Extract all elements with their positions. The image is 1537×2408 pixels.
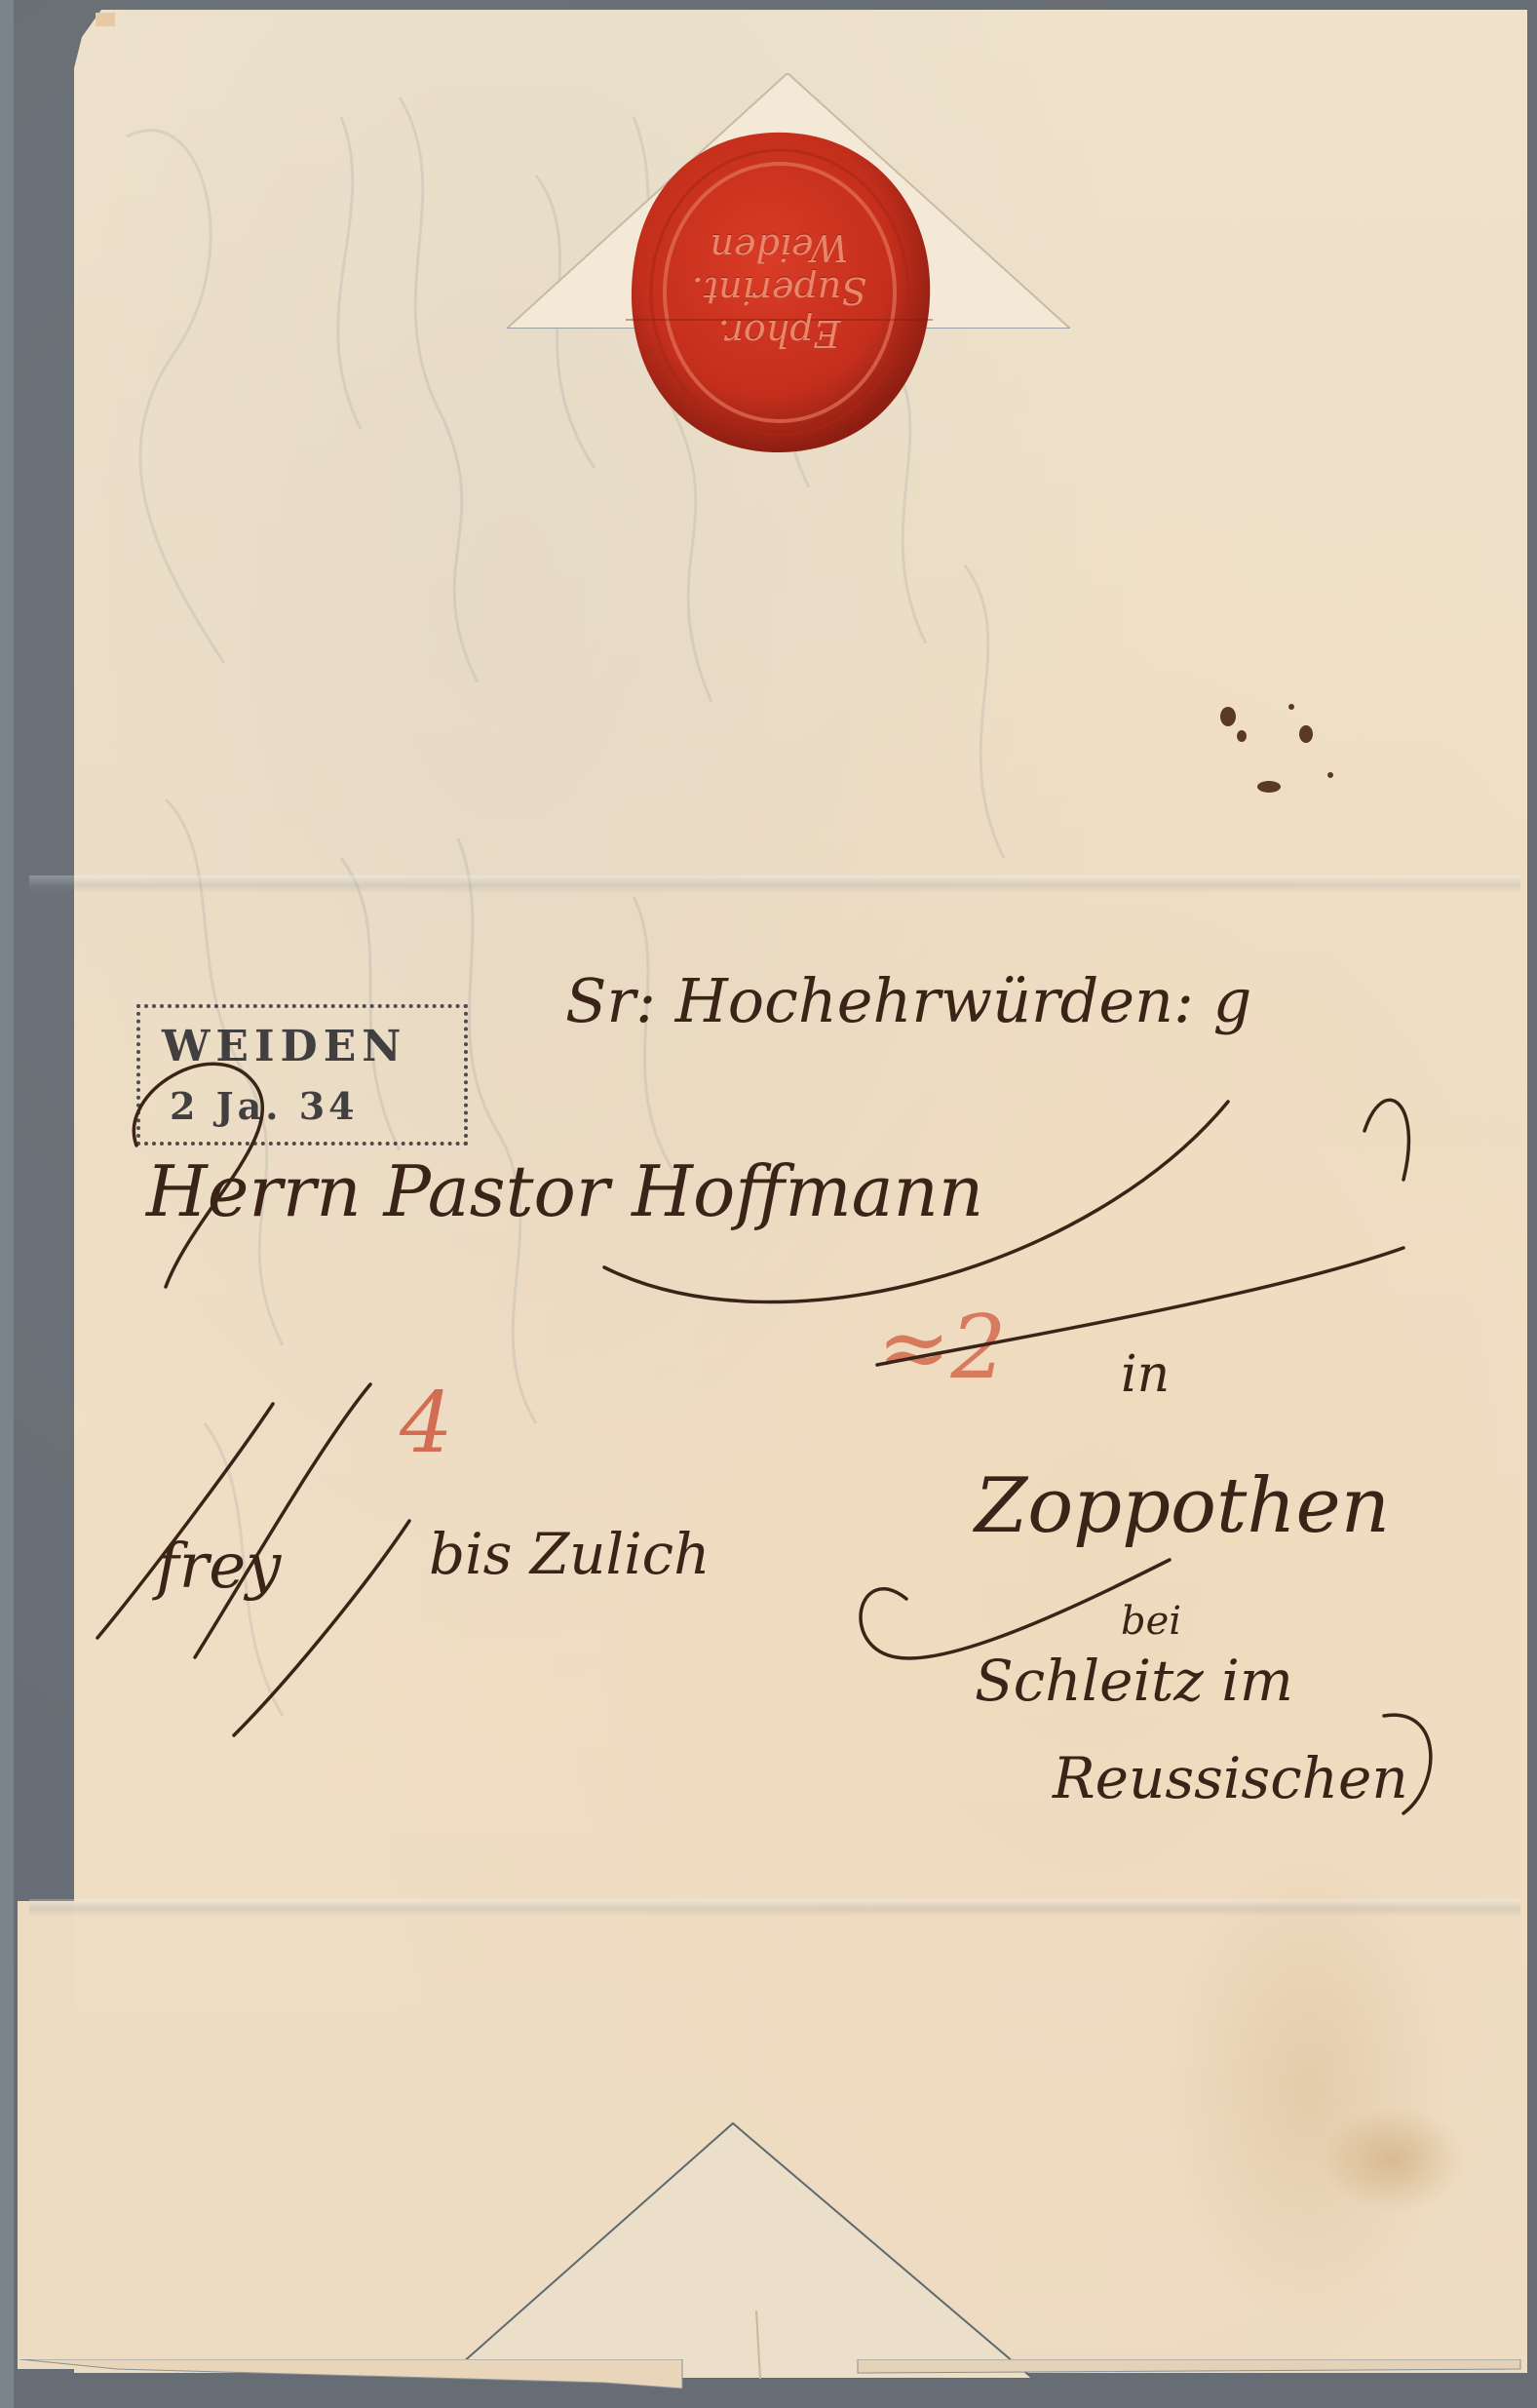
horizontal-fold-lower [29,1899,1520,1917]
via-line: bei [1121,1599,1181,1644]
horizontal-fold-upper [29,875,1520,893]
preposition-line: in [1121,1345,1170,1404]
corner-tab [96,13,115,26]
bottom-envelope-flap [439,2116,1043,2379]
honorific-line: Sr: Hochehrwürden: g [565,965,1251,1036]
seal-inscription: Ephor. Superint. Weiden [626,125,933,456]
foxing-stain [1321,2106,1467,2213]
region-line-2: Reussischen [1053,1745,1408,1811]
destination-place: Zoppothen [975,1462,1390,1550]
scan-edge-strip [0,0,14,2408]
red-rate-mark-center: ≈2 [877,1297,1007,1399]
region-line-1: Schleitz im [975,1648,1293,1714]
folded-bottom-edges [0,2359,1537,2408]
addressee-line: Herrn Pastor Hoffmann [146,1150,983,1232]
wax-seal: Ephor. Superint. Weiden [626,125,933,456]
postmark: WEIDEN 2 Ja. 34 [136,1004,468,1146]
ink-spots [1199,697,1355,795]
postmark-city: WEIDEN [162,1022,406,1071]
postmark-date: 2 Ja. 34 [170,1084,359,1128]
franco-destination-note: bis Zulich [429,1521,710,1587]
franking-note: frey [156,1531,281,1603]
red-rate-mark-left: 4 [400,1375,453,1472]
